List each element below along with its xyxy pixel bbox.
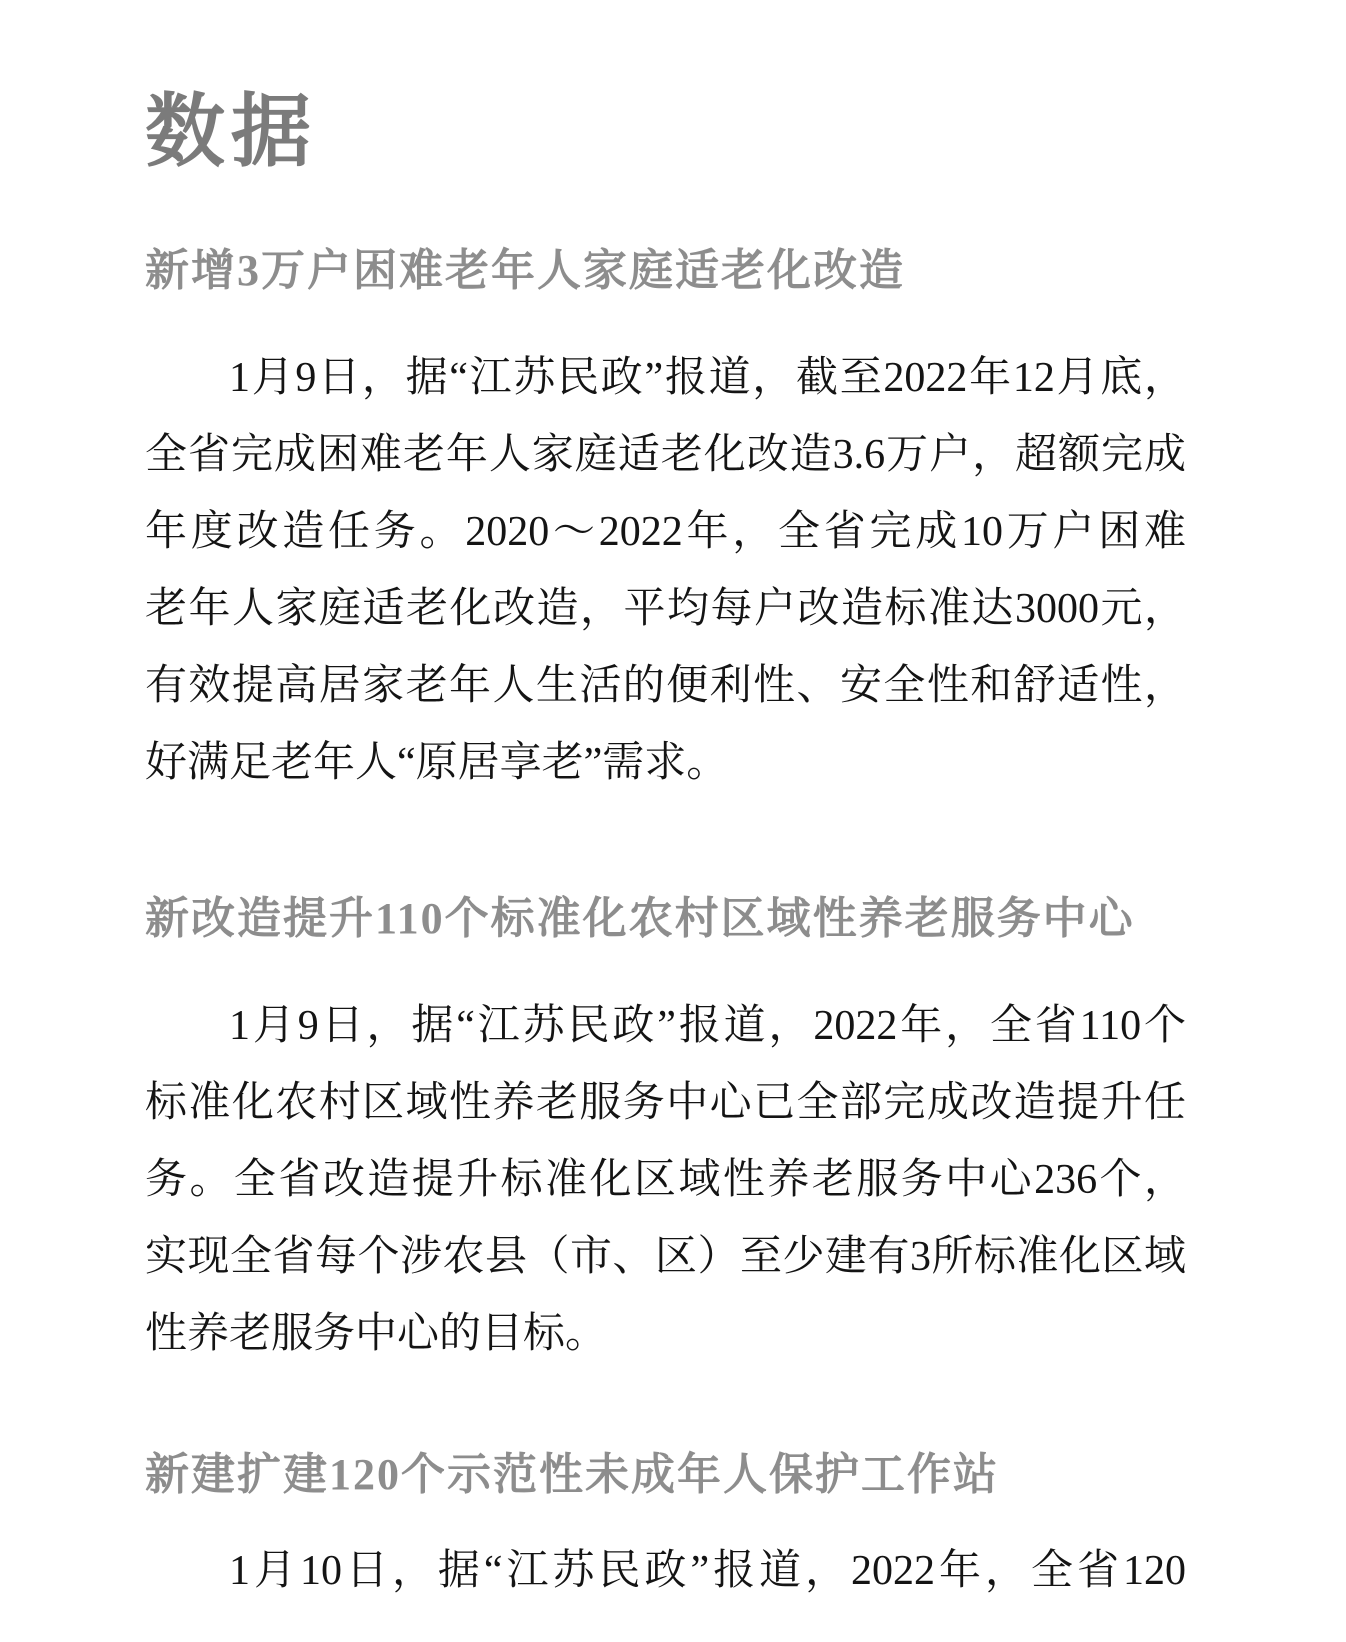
- text-line: 1月10日，据“江苏民政”报道，2022年，全省120: [145, 1533, 1186, 1610]
- text-line: 1月9日，据“江苏民政”报道，2022年，全省110个: [145, 988, 1186, 1065]
- text-line: 年度改造任务。2020～2022年，全省完成10万户困难: [145, 494, 1186, 571]
- section-minor-protection-workstations: 新建扩建120个示范性未成年人保护工作站 1月10日，据“江苏民政”报道，202…: [145, 1448, 1186, 1610]
- text-line: 标准化农村区域性养老服务中心已全部完成改造提升任: [145, 1065, 1186, 1142]
- text-line: 实现全省每个涉农县（市、区）至少建有3所标准化区域: [145, 1219, 1186, 1296]
- document-page: 数据 新增3万户困难老年人家庭适老化改造 1月9日，据“江苏民政”报道，截至20…: [0, 0, 1346, 1642]
- text-line: 有效提高居家老年人生活的便利性、安全性和舒适性，更: [145, 648, 1186, 725]
- text-line: 性养老服务中心的目标。: [145, 1296, 1186, 1373]
- text-line: 全省完成困难老年人家庭适老化改造3.6万户，超额完成: [145, 417, 1186, 494]
- paragraph: 1月10日，据“江苏民政”报道，2022年，全省120: [145, 1533, 1186, 1610]
- section-heading: 新改造提升110个标准化农村区域性养老服务中心: [145, 892, 1186, 945]
- page-title: 数据: [145, 92, 1186, 172]
- section-elderly-home-renovation: 新增3万户困难老年人家庭适老化改造 1月9日，据“江苏民政”报道，截至2022年…: [145, 244, 1186, 802]
- text-line: 务。全省改造提升标准化区域性养老服务中心236个，: [145, 1142, 1186, 1219]
- section-heading: 新建扩建120个示范性未成年人保护工作站: [145, 1448, 1186, 1501]
- paragraph: 1月9日，据“江苏民政”报道，截至2022年12月底， 全省完成困难老年人家庭适…: [145, 340, 1186, 802]
- section-rural-elderly-service-centers: 新改造提升110个标准化农村区域性养老服务中心 1月9日，据“江苏民政”报道，2…: [145, 892, 1186, 1373]
- text-line: 1月9日，据“江苏民政”报道，截至2022年12月底，: [145, 340, 1186, 417]
- text-line: 老年人家庭适老化改造，平均每户改造标准达3000元，: [145, 571, 1186, 648]
- paragraph: 1月9日，据“江苏民政”报道，2022年，全省110个 标准化农村区域性养老服务…: [145, 988, 1186, 1373]
- text-line: 好满足老年人“原居享老”需求。: [145, 725, 1186, 802]
- section-heading: 新增3万户困难老年人家庭适老化改造: [145, 244, 1186, 297]
